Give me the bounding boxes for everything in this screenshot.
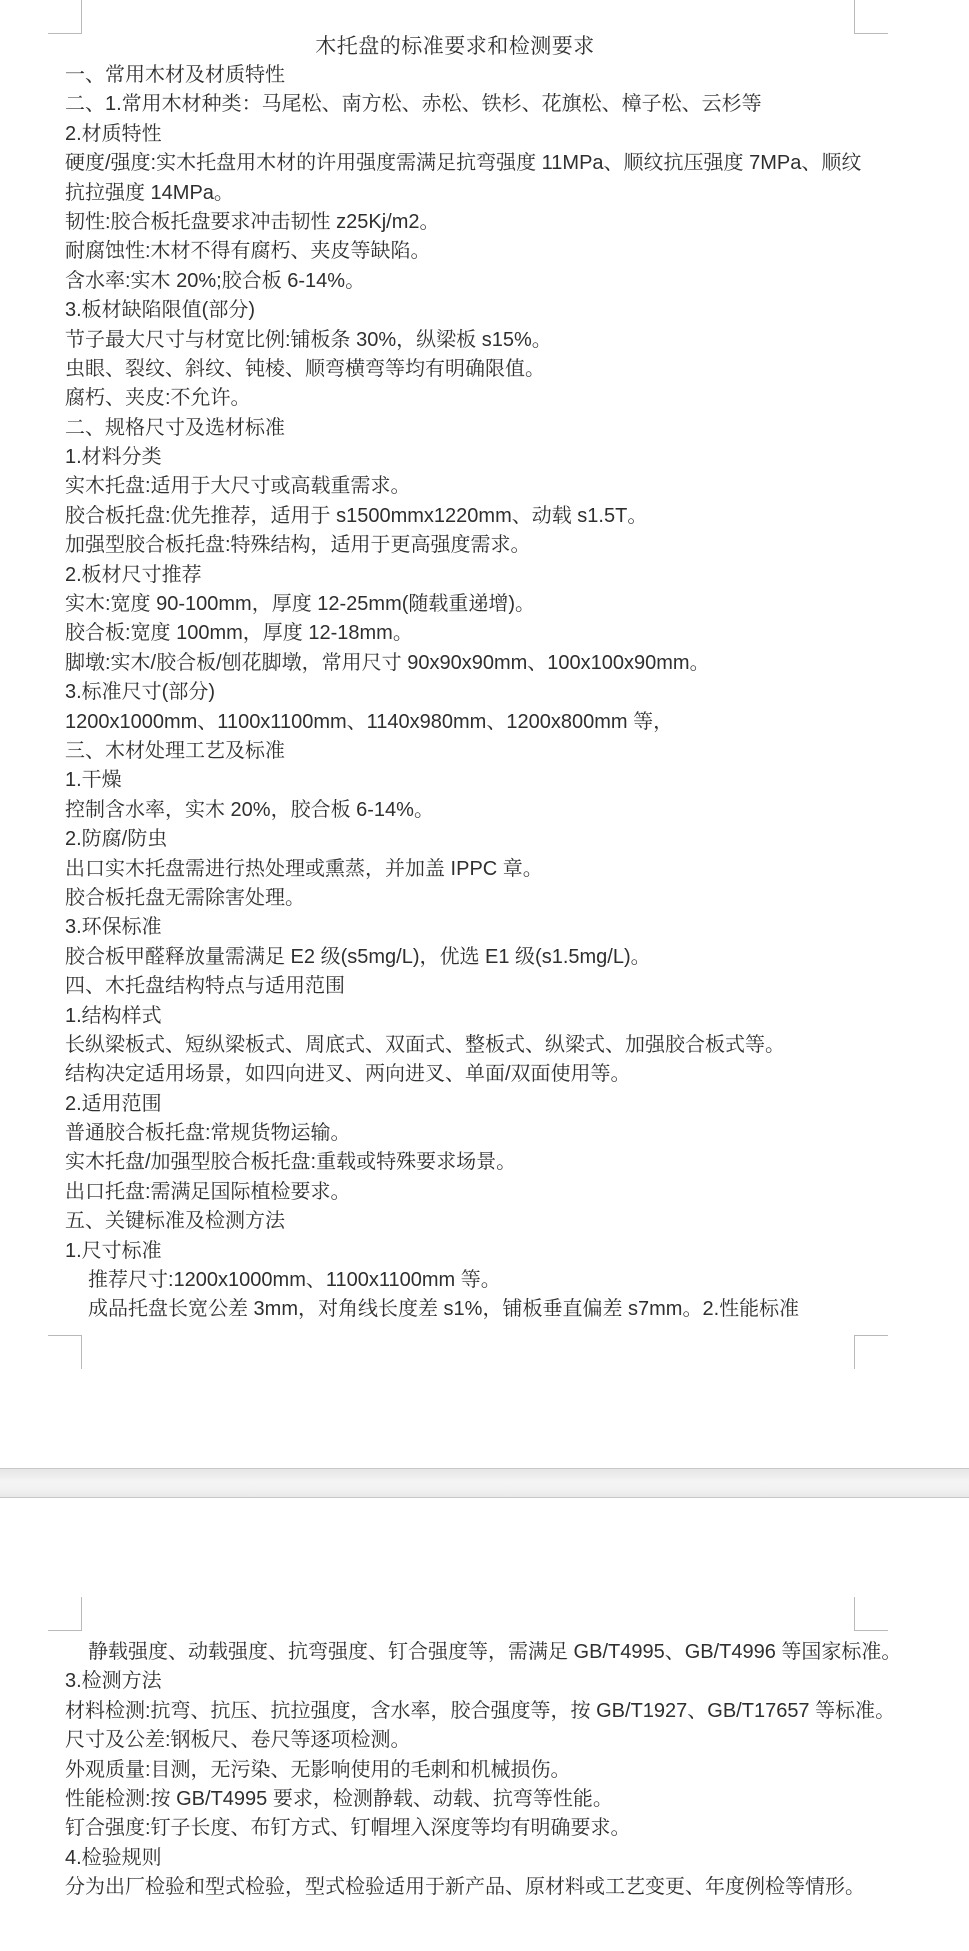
text-line: 出口实木托盘需进行热处理或熏蒸，并加盖 IPPC 章。 bbox=[65, 855, 969, 884]
page-break-separator bbox=[0, 1468, 969, 1498]
text-line: 实木托盘/加强型胶合板托盘:重载或特殊要求场景。 bbox=[65, 1148, 969, 1177]
text-line: 虫眼、裂纹、斜纹、钝棱、顺弯横弯等均有明确限值。 bbox=[65, 355, 969, 384]
text-line: 硬度/强度:实木托盘用木材的许用强度需满足抗弯强度 11MPa、顺纹抗压强度 7… bbox=[65, 149, 969, 178]
text-line: 3.环保标准 bbox=[65, 913, 969, 942]
page2-text-body: 静载强度、动载强度、抗弯强度、钉合强度等，需满足 GB/T4995、GB/T49… bbox=[65, 1638, 969, 1903]
text-line: 出口托盘:需满足国际植检要求。 bbox=[65, 1178, 969, 1207]
text-line: 耐腐蚀性:木材不得有腐朽、夹皮等缺陷。 bbox=[65, 237, 969, 266]
page1-text-body: 一、常用木材及材质特性二、1.常用木材种类：马尾松、南方松、赤松、铁杉、花旗松、… bbox=[65, 61, 969, 1325]
text-line: 五、关键标准及检测方法 bbox=[65, 1207, 969, 1236]
text-line: 1.干燥 bbox=[65, 766, 969, 795]
crop-mark-page1-bottom-right bbox=[854, 1335, 888, 1369]
crop-mark-page2-top-left bbox=[48, 1597, 82, 1631]
text-line: 含水率:实木 20%;胶合板 6-14%。 bbox=[65, 267, 969, 296]
crop-mark-page1-top-right bbox=[854, 0, 888, 34]
text-line: 1.材料分类 bbox=[65, 443, 969, 472]
text-line: 1.结构样式 bbox=[65, 1002, 969, 1031]
text-line: 二、规格尺寸及选材标准 bbox=[65, 414, 969, 443]
text-line: 尺寸及公差:钢板尺、卷尺等逐项检测。 bbox=[65, 1726, 969, 1755]
text-line: 3.标准尺寸(部分) bbox=[65, 678, 969, 707]
crop-mark-page2-top-right bbox=[854, 1597, 888, 1631]
text-line: 3.板材缺陷限值(部分) bbox=[65, 296, 969, 325]
text-line: 2.适用范围 bbox=[65, 1090, 969, 1119]
text-line: 2.板材尺寸推荐 bbox=[65, 561, 969, 590]
crop-mark-page1-top-left bbox=[48, 0, 82, 34]
text-line: 成品托盘长宽公差 3mm，对角线长度差 s1%，铺板垂直偏差 s7mm。2.性能… bbox=[65, 1295, 969, 1324]
text-line: 加强型胶合板托盘:特殊结构，适用于更高强度需求。 bbox=[65, 531, 969, 560]
text-line: 实木托盘:适用于大尺寸或高载重需求。 bbox=[65, 472, 969, 501]
text-line: 三、木材处理工艺及标准 bbox=[65, 737, 969, 766]
text-line: 2.防腐/防虫 bbox=[65, 825, 969, 854]
text-line: 胶合板甲醛释放量需满足 E2 级(s5mg/L)，优选 E1 级(s1.5mg/… bbox=[65, 943, 969, 972]
text-line: 分为出厂检验和型式检验，型式检验适用于新产品、原材料或工艺变更、年度例检等情形。 bbox=[65, 1873, 969, 1902]
text-line: 1200x1000mm、1100x1100mm、1140x980mm、1200x… bbox=[65, 708, 969, 737]
text-line: 长纵梁板式、短纵梁板式、周底式、双面式、整板式、纵梁式、加强胶合板式等。 bbox=[65, 1031, 969, 1060]
text-line: 实木:宽度 90-100mm，厚度 12-25mm(随载重递增)。 bbox=[65, 590, 969, 619]
text-line: 钉合强度:钉子长度、布钉方式、钉帽埋入深度等均有明确要求。 bbox=[65, 1814, 969, 1843]
text-line: 材料检测:抗弯、抗压、抗拉强度，含水率，胶合强度等，按 GB/T1927、GB/… bbox=[65, 1697, 969, 1726]
text-line: 韧性:胶合板托盘要求冲击韧性 z25Kj/m2。 bbox=[65, 208, 969, 237]
text-line: 外观质量:目测，无污染、无影响使用的毛刺和机械损伤。 bbox=[65, 1756, 969, 1785]
text-line: 性能检测:按 GB/T4995 要求，检测静载、动载、抗弯等性能。 bbox=[65, 1785, 969, 1814]
text-line: 推荐尺寸:1200x1000mm、1100x1100mm 等。 bbox=[65, 1266, 969, 1295]
text-line: 抗拉强度 14MPa。 bbox=[65, 179, 969, 208]
text-line: 4.检验规则 bbox=[65, 1844, 969, 1873]
text-line: 控制含水率，实木 20%，胶合板 6-14%。 bbox=[65, 796, 969, 825]
document-title: 木托盘的标准要求和检测要求 bbox=[65, 32, 845, 62]
text-line: 二、1.常用木材种类：马尾松、南方松、赤松、铁杉、花旗松、樟子松、云杉等 bbox=[65, 90, 969, 119]
text-line: 静载强度、动载强度、抗弯强度、钉合强度等，需满足 GB/T4995、GB/T49… bbox=[65, 1638, 969, 1667]
crop-mark-page1-bottom-left bbox=[48, 1335, 82, 1369]
text-line: 胶合板:宽度 100mm，厚度 12-18mm。 bbox=[65, 619, 969, 648]
text-line: 脚墩:实木/胶合板/刨花脚墩，常用尺寸 90x90x90mm、100x100x9… bbox=[65, 649, 969, 678]
text-line: 1.尺寸标准 bbox=[65, 1237, 969, 1266]
word-document-view: 木托盘的标准要求和检测要求 一、常用木材及材质特性二、1.常用木材种类：马尾松、… bbox=[0, 0, 969, 1951]
text-line: 普通胶合板托盘:常规货物运输。 bbox=[65, 1119, 969, 1148]
text-line: 胶合板托盘无需除害处理。 bbox=[65, 884, 969, 913]
text-line: 节子最大尺寸与材宽比例:铺板条 30%，纵梁板 s15%。 bbox=[65, 326, 969, 355]
text-line: 四、木托盘结构特点与适用范围 bbox=[65, 972, 969, 1001]
text-line: 腐朽、夹皮:不允许。 bbox=[65, 384, 969, 413]
text-line: 3.检测方法 bbox=[65, 1667, 969, 1696]
text-line: 结构决定适用场景，如四向进叉、两向进叉、单面/双面使用等。 bbox=[65, 1060, 969, 1089]
text-line: 2.材质特性 bbox=[65, 120, 969, 149]
text-line: 胶合板托盘:优先推荐，适用于 s1500mmx1220mm、动载 s1.5T。 bbox=[65, 502, 969, 531]
text-line: 一、常用木材及材质特性 bbox=[65, 61, 969, 90]
